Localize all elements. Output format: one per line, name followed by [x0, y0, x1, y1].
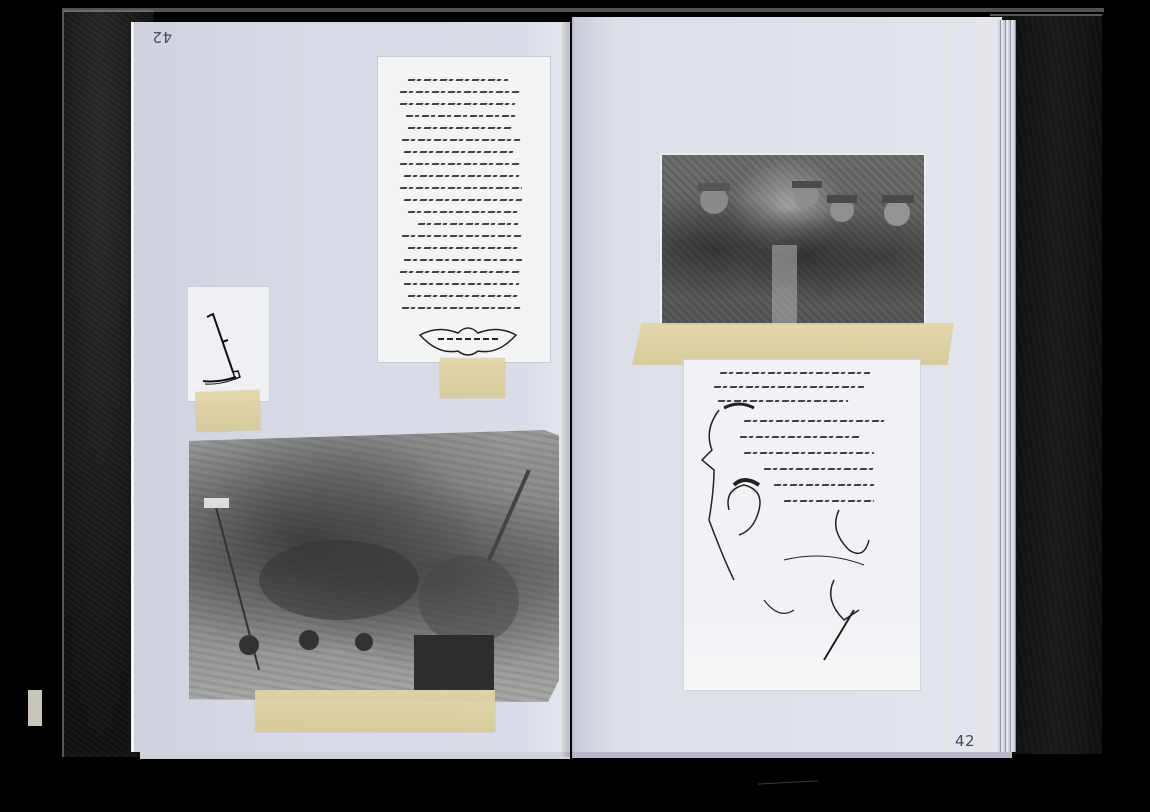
masking-tape — [440, 358, 505, 398]
binder-clip — [28, 690, 42, 726]
handwritten-letter — [378, 57, 550, 362]
masking-tape — [255, 690, 495, 732]
cover-top-edge — [62, 8, 1104, 12]
left-page-number: 42 — [152, 28, 172, 46]
scythe-icon — [188, 287, 269, 401]
cartouche-ornament — [418, 325, 518, 359]
shadow-line — [758, 780, 818, 784]
scythe-drawing-card — [188, 287, 269, 401]
manuscript-portrait-sketch — [684, 360, 920, 690]
masking-tape — [195, 390, 260, 432]
right-page-number: 42 — [955, 732, 975, 750]
camouflage-boys-photo — [662, 155, 924, 325]
upside-down-group-photo — [189, 430, 559, 702]
spine-gutter — [562, 17, 576, 757]
photo-figures — [662, 155, 924, 325]
page-fore-edge — [998, 20, 1016, 752]
ink-portraits — [684, 360, 920, 690]
photo-figures — [189, 430, 559, 702]
masking-tape — [632, 323, 954, 365]
